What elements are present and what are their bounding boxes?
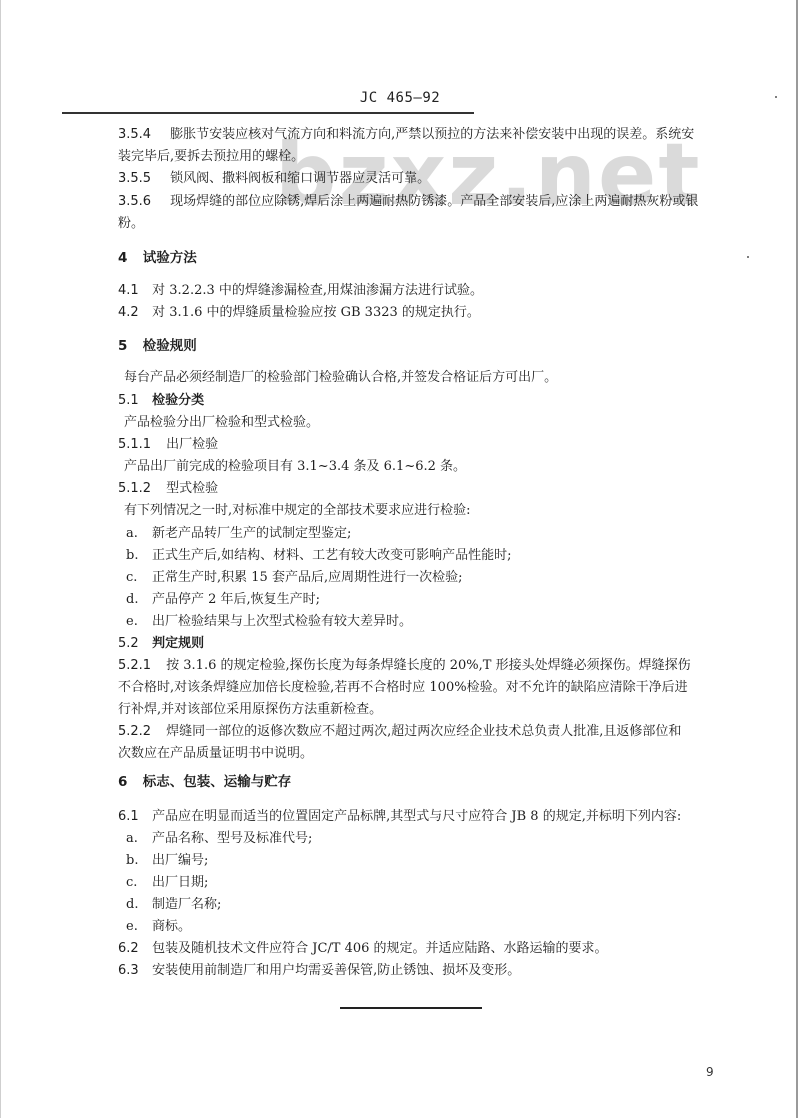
list-letter: e. (126, 918, 152, 936)
list-item: a.产品名称、型号及标准代号; (126, 830, 312, 848)
clause-text: 现场焊缝的部位应除锈,焊后涂上两遍耐热防锈漆。产品全部安装后,应涂上两遍耐热灰粉… (170, 194, 698, 209)
list-item: c.出厂日期; (126, 874, 208, 892)
list-letter: d. (126, 591, 152, 609)
list-item: c.正常生产时,积累 15 套产品后,应周期性进行一次检验; (126, 569, 462, 587)
clause-text: 安装使用前制造厂和用户均需妥善保管,防止锈蚀、损坏及变形。 (152, 963, 520, 978)
clause-text: 产品检验分出厂检验和型式检验。 (124, 414, 319, 432)
list-item: b.出厂编号; (126, 852, 208, 870)
clause-number: 3.5.5 (118, 170, 166, 188)
clause-number: 5.2.2 (118, 723, 162, 741)
list-item: d.制造厂名称; (126, 896, 221, 914)
list-item: e.商标。 (126, 918, 191, 936)
list-text: 产品名称、型号及标准代号; (152, 831, 312, 846)
section-5-heading: 5 检验规则 (118, 337, 197, 355)
clause-text: 产品出厂前完成的检验项目有 3.1~3.4 条及 6.1~6.2 条。 (124, 458, 466, 476)
scan-speck (775, 96, 777, 98)
clause-number: 3.5.6 (118, 193, 166, 211)
clause-4-1: 4.1 对 3.2.2.3 中的焊缝渗漏检查,用煤油渗漏方法进行试验。 (118, 282, 483, 300)
standard-code-header: JC 465—92 (0, 90, 800, 106)
list-letter: c. (126, 569, 152, 587)
list-text: 新老产品转厂生产的试制定型鉴定; (152, 526, 351, 541)
clause-4-2: 4.2 对 3.1.6 中的焊缝质量检验应按 GB 3323 的规定执行。 (118, 304, 480, 322)
list-text: 出厂日期; (152, 875, 208, 890)
clause-number: 5.2 (118, 635, 148, 653)
clause-3-5-4: 3.5.4 膨胀节安装应核对气流方向和料流方向,严禁以预拉的方法来补偿安装中出现… (118, 126, 694, 144)
clause-5-2-2: 5.2.2 焊缝同一部位的返修次数应不超过两次,超过两次应经企业技术总负责人批准… (118, 723, 681, 741)
clause-continuation: 行补焊,并对该部位采用原探伤方法重新检查。 (118, 701, 382, 719)
section-number: 5 (118, 337, 138, 355)
clause-continuation: 粉。 (118, 215, 144, 233)
clause-5-1-heading: 5.1 检验分类 (118, 392, 204, 410)
clause-title: 出厂检验 (166, 437, 218, 452)
section-4-heading: 4 试验方法 (118, 249, 197, 267)
clause-number: 5.2.1 (118, 657, 162, 675)
clause-text: 焊缝同一部位的返修次数应不超过两次,超过两次应经企业技术总负责人批准,且返修部位… (166, 724, 681, 739)
list-letter: a. (126, 525, 152, 543)
list-item: b.正式生产后,如结构、材料、工艺有较大改变可影响产品性能时; (126, 547, 512, 565)
clause-number: 5.1.1 (118, 436, 162, 454)
clause-title: 判定规则 (152, 636, 204, 651)
list-letter: b. (126, 852, 152, 870)
clause-5-1-1-heading: 5.1.1 出厂检验 (118, 436, 218, 454)
section-6-heading: 6 标志、包装、运输与贮存 (118, 773, 291, 791)
clause-number: 6.2 (118, 940, 148, 958)
clause-5-2-heading: 5.2 判定规则 (118, 635, 204, 653)
clause-continuation: 不合格时,对该条焊缝应加倍长度检验,若再不合格时应 100%检验。对不允许的缺陷… (118, 679, 688, 697)
section-title: 检验规则 (143, 338, 197, 354)
clause-text: 膨胀节安装应核对气流方向和料流方向,严禁以预拉的方法来补偿安装中出现的误差。系统… (170, 127, 694, 142)
section-number: 4 (118, 249, 138, 267)
clause-number: 5.1.2 (118, 480, 162, 498)
clause-number: 5.1 (118, 392, 148, 410)
scan-speck (747, 256, 749, 258)
clause-text: 产品应在明显而适当的位置固定产品标牌,其型式与尺寸应符合 JB 8 的规定,并标… (152, 809, 681, 824)
page-edge-left (0, 0, 1, 1118)
list-text: 制造厂名称; (152, 897, 221, 912)
clause-text: 对 3.2.2.3 中的焊缝渗漏检查,用煤油渗漏方法进行试验。 (152, 283, 483, 298)
clause-3-5-5: 3.5.5 锁风阀、撒料阀板和缩口调节器应灵活可靠。 (118, 170, 430, 188)
list-letter: a. (126, 830, 152, 848)
clause-number: 4.1 (118, 282, 148, 300)
list-letter: b. (126, 547, 152, 565)
section-number: 6 (118, 773, 138, 791)
clause-5-1-2-heading: 5.1.2 型式检验 (118, 480, 218, 498)
clause-text: 包装及随机技术文件应符合 JC/T 406 的规定。并适应陆路、水路运输的要求。 (152, 941, 607, 956)
clause-number: 3.5.4 (118, 126, 166, 144)
clause-text: 锁风阀、撒料阀板和缩口调节器应灵活可靠。 (170, 171, 430, 186)
page-edge-right (796, 0, 798, 1118)
clause-6-3: 6.3 安装使用前制造厂和用户均需妥善保管,防止锈蚀、损坏及变形。 (118, 962, 520, 980)
section-title: 试验方法 (143, 250, 197, 266)
clause-continuation: 次数应在产品质量证明书中说明。 (118, 745, 313, 763)
clause-text: 对 3.1.6 中的焊缝质量检验应按 GB 3323 的规定执行。 (152, 305, 480, 320)
section-5-intro: 每台产品必须经制造厂的检验部门检验确认合格,并签发合格证后方可出厂。 (124, 369, 557, 387)
list-text: 商标。 (152, 919, 191, 934)
clause-6-2: 6.2 包装及随机技术文件应符合 JC/T 406 的规定。并适应陆路、水路运输… (118, 940, 608, 958)
list-text: 产品停产 2 年后,恢复生产时; (152, 592, 320, 607)
clause-number: 4.2 (118, 304, 148, 322)
clause-title: 型式检验 (166, 481, 218, 496)
list-item: a.新老产品转厂生产的试制定型鉴定; (126, 525, 351, 543)
list-letter: c. (126, 874, 152, 892)
clause-title: 检验分类 (152, 393, 204, 408)
list-text: 出厂编号; (152, 853, 208, 868)
clause-3-5-6: 3.5.6 现场焊缝的部位应除锈,焊后涂上两遍耐热防锈漆。产品全部安装后,应涂上… (118, 193, 698, 211)
clause-text: 有下列情况之一时,对标准中规定的全部技术要求应进行检验: (124, 502, 471, 520)
list-text: 正式生产后,如结构、材料、工艺有较大改变可影响产品性能时; (152, 548, 512, 563)
clause-number: 6.1 (118, 808, 148, 826)
page-number: 9 (706, 1065, 714, 1079)
section-title: 标志、包装、运输与贮存 (143, 774, 292, 790)
clause-5-2-1: 5.2.1 按 3.1.6 的规定检验,探伤长度为每条焊缝长度的 20%,T 形… (118, 657, 691, 675)
clause-continuation: 装完毕后,要拆去预拉用的螺栓。 (118, 148, 304, 166)
clause-number: 6.3 (118, 962, 148, 980)
header-rule-right (118, 112, 474, 114)
list-text: 正常生产时,积累 15 套产品后,应周期性进行一次检验; (152, 570, 462, 585)
list-letter: e. (126, 613, 152, 631)
end-of-document-rule (340, 1007, 482, 1009)
list-item: d.产品停产 2 年后,恢复生产时; (126, 591, 320, 609)
list-item: e.出厂检验结果与上次型式检验有较大差异时。 (126, 613, 412, 631)
list-letter: d. (126, 896, 152, 914)
clause-6-1: 6.1 产品应在明显而适当的位置固定产品标牌,其型式与尺寸应符合 JB 8 的规… (118, 808, 681, 826)
list-text: 出厂检验结果与上次型式检验有较大差异时。 (152, 614, 412, 629)
clause-text: 按 3.1.6 的规定检验,探伤长度为每条焊缝长度的 20%,T 形接头处焊缝必… (166, 658, 690, 673)
